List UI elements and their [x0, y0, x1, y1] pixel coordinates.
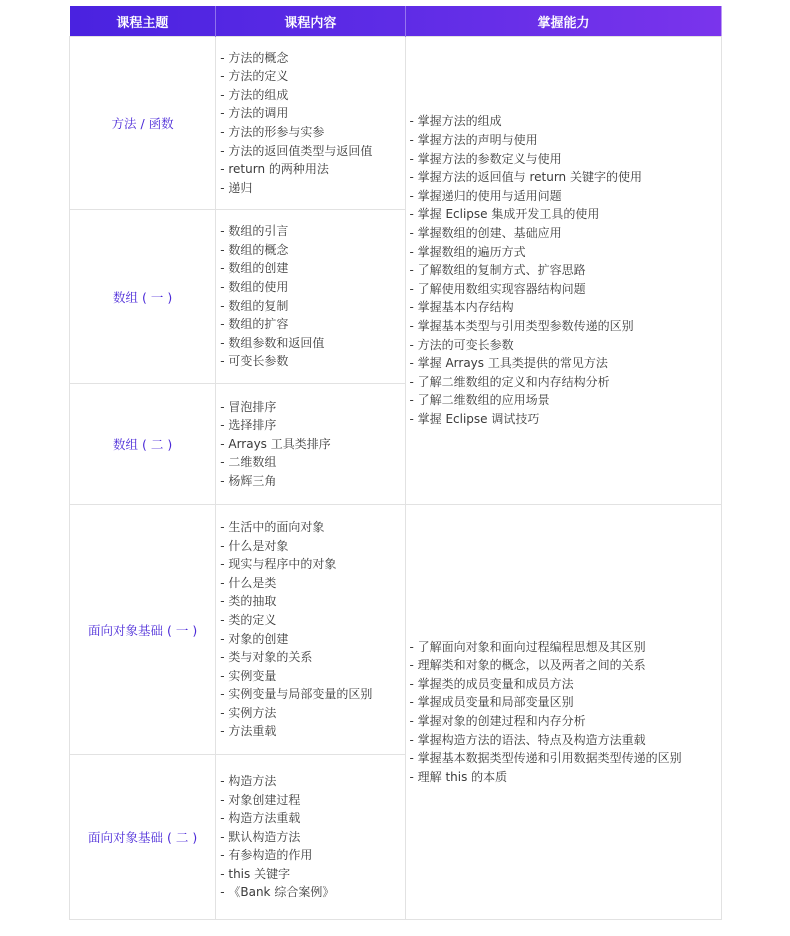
content-cell: - 生活中的面向对象- 什么是对象- 现实与程序中的对象- 什么是类- 类的抽取…: [216, 505, 405, 755]
header-content: 课程内容: [216, 6, 405, 37]
list-item: - 掌握构造方法的语法、特点及构造方法重载: [410, 731, 722, 750]
list-item: - 掌握数组的创建、基础应用: [410, 224, 722, 243]
list-item: - 理解类和对象的概念，以及两者之间的关系: [410, 656, 722, 675]
list-item: - 有参构造的作用: [220, 846, 404, 865]
content-list: - 数组的引言- 数组的概念- 数组的创建- 数组的使用- 数组的复制- 数组的…: [216, 222, 404, 371]
content-list: - 生活中的面向对象- 什么是对象- 现实与程序中的对象- 什么是类- 类的抽取…: [216, 518, 404, 741]
ability-cell: - 掌握方法的组成- 掌握方法的声明与使用- 掌握方法的参数定义与使用- 掌握方…: [405, 37, 722, 505]
content-list: - 构造方法- 对象创建过程- 构造方法重载- 默认构造方法- 有参构造的作用-…: [216, 772, 404, 902]
list-item: - Arrays 工具类排序: [220, 435, 404, 454]
list-item: - 对象的创建: [220, 630, 404, 649]
list-item: - 理解 this 的本质: [410, 768, 722, 787]
list-item: - 数组的引言: [220, 222, 404, 241]
list-item: - 对象创建过程: [220, 791, 404, 810]
list-item: - 掌握方法的返回值与 return 关键字的使用: [410, 168, 722, 187]
list-item: - 方法的组成: [220, 86, 404, 105]
list-item: - 冒泡排序: [220, 398, 404, 417]
content-cell: - 方法的概念- 方法的定义- 方法的组成- 方法的调用- 方法的形参与实参- …: [216, 37, 405, 210]
table-header-row: 课程主题 课程内容 掌握能力: [70, 6, 722, 37]
list-item: - 数组参数和返回值: [220, 334, 404, 353]
list-item: - 可变长参数: [220, 352, 404, 371]
list-item: - 数组的扩容: [220, 315, 404, 334]
list-item: - 实例方法: [220, 704, 404, 723]
topic-cell: 数组 ( 一 ): [70, 210, 216, 384]
topic-cell: 面向对象基础 ( 二 ): [70, 755, 216, 920]
table-row: 方法 / 函数 - 方法的概念- 方法的定义- 方法的组成- 方法的调用- 方法…: [70, 37, 722, 210]
list-item: - 类与对象的关系: [220, 648, 404, 667]
list-item: - 什么是对象: [220, 537, 404, 556]
list-item: - 构造方法: [220, 772, 404, 791]
list-item: - 掌握类的成员变量和成员方法: [410, 675, 722, 694]
list-item: - 掌握方法的参数定义与使用: [410, 150, 722, 169]
curriculum-table: 课程主题 课程内容 掌握能力 方法 / 函数 - 方法的概念- 方法的定义- 方…: [69, 6, 722, 920]
list-item: - 掌握成员变量和局部变量区别: [410, 693, 722, 712]
content-list: - 冒泡排序- 选择排序- Arrays 工具类排序- 二维数组- 杨辉三角: [216, 398, 404, 491]
topic-cell: 方法 / 函数: [70, 37, 216, 210]
list-item: - 掌握方法的声明与使用: [410, 131, 722, 150]
header-topic: 课程主题: [70, 6, 216, 37]
topic-cell: 数组 ( 二 ): [70, 384, 216, 505]
ability-list: - 了解面向对象和面向过程编程思想及其区别- 理解类和对象的概念，以及两者之间的…: [406, 638, 722, 787]
list-item: - this 关键字: [220, 865, 404, 884]
list-item: - 生活中的面向对象: [220, 518, 404, 537]
list-item: - 方法的形参与实参: [220, 123, 404, 142]
list-item: - 了解二维数组的定义和内存结构分析: [410, 373, 722, 392]
list-item: - 掌握对象的创建过程和内存分析: [410, 712, 722, 731]
ability-list: - 掌握方法的组成- 掌握方法的声明与使用- 掌握方法的参数定义与使用- 掌握方…: [406, 112, 722, 428]
content-list: - 方法的概念- 方法的定义- 方法的组成- 方法的调用- 方法的形参与实参- …: [216, 49, 404, 198]
list-item: - 二维数组: [220, 453, 404, 472]
list-item: - 方法的调用: [220, 104, 404, 123]
content-cell: - 冒泡排序- 选择排序- Arrays 工具类排序- 二维数组- 杨辉三角: [216, 384, 405, 505]
list-item: - 掌握 Eclipse 调试技巧: [410, 410, 722, 429]
list-item: - 杨辉三角: [220, 472, 404, 491]
list-item: - 了解数组的复制方式、扩容思路: [410, 261, 722, 280]
list-item: - 数组的复制: [220, 297, 404, 316]
list-item: - 实例变量: [220, 667, 404, 686]
list-item: - 了解使用数组实现容器结构问题: [410, 280, 722, 299]
list-item: - 选择排序: [220, 416, 404, 435]
list-item: - 方法的可变长参数: [410, 336, 722, 355]
list-item: - 实例变量与局部变量的区别: [220, 685, 404, 704]
ability-cell: - 了解面向对象和面向过程编程思想及其区别- 理解类和对象的概念，以及两者之间的…: [405, 505, 722, 920]
list-item: - 《Bank 综合案例》: [220, 883, 404, 902]
list-item: - 方法重载: [220, 722, 404, 741]
header-ability: 掌握能力: [405, 6, 722, 37]
list-item: - 方法的返回值类型与返回值: [220, 142, 404, 161]
list-item: - 了解面向对象和面向过程编程思想及其区别: [410, 638, 722, 657]
list-item: - 掌握基本类型与引用类型参数传递的区别: [410, 317, 722, 336]
list-item: - 类的抽取: [220, 592, 404, 611]
list-item: - 数组的创建: [220, 259, 404, 278]
list-item: - 掌握 Arrays 工具类提供的常见方法: [410, 354, 722, 373]
list-item: - 数组的使用: [220, 278, 404, 297]
list-item: - 默认构造方法: [220, 828, 404, 847]
table-body: 方法 / 函数 - 方法的概念- 方法的定义- 方法的组成- 方法的调用- 方法…: [70, 37, 722, 920]
list-item: - 方法的定义: [220, 67, 404, 86]
list-item: - 什么是类: [220, 574, 404, 593]
list-item: - 了解二维数组的应用场景: [410, 391, 722, 410]
list-item: - 掌握 Eclipse 集成开发工具的使用: [410, 205, 722, 224]
list-item: - 掌握基本内存结构: [410, 298, 722, 317]
list-item: - 掌握递归的使用与适用问题: [410, 187, 722, 206]
content-cell: - 构造方法- 对象创建过程- 构造方法重载- 默认构造方法- 有参构造的作用-…: [216, 755, 405, 920]
list-item: - 数组的概念: [220, 241, 404, 260]
list-item: - 类的定义: [220, 611, 404, 630]
list-item: - 掌握基本数据类型传递和引用数据类型传递的区别: [410, 749, 722, 768]
content-cell: - 数组的引言- 数组的概念- 数组的创建- 数组的使用- 数组的复制- 数组的…: [216, 210, 405, 384]
list-item: - return 的两种用法: [220, 160, 404, 179]
list-item: - 递归: [220, 179, 404, 198]
list-item: - 掌握数组的遍历方式: [410, 243, 722, 262]
list-item: - 方法的概念: [220, 49, 404, 68]
list-item: - 构造方法重载: [220, 809, 404, 828]
topic-cell: 面向对象基础 ( 一 ): [70, 505, 216, 755]
list-item: - 掌握方法的组成: [410, 112, 722, 131]
table-row: 面向对象基础 ( 一 ) - 生活中的面向对象- 什么是对象- 现实与程序中的对…: [70, 505, 722, 755]
list-item: - 现实与程序中的对象: [220, 555, 404, 574]
